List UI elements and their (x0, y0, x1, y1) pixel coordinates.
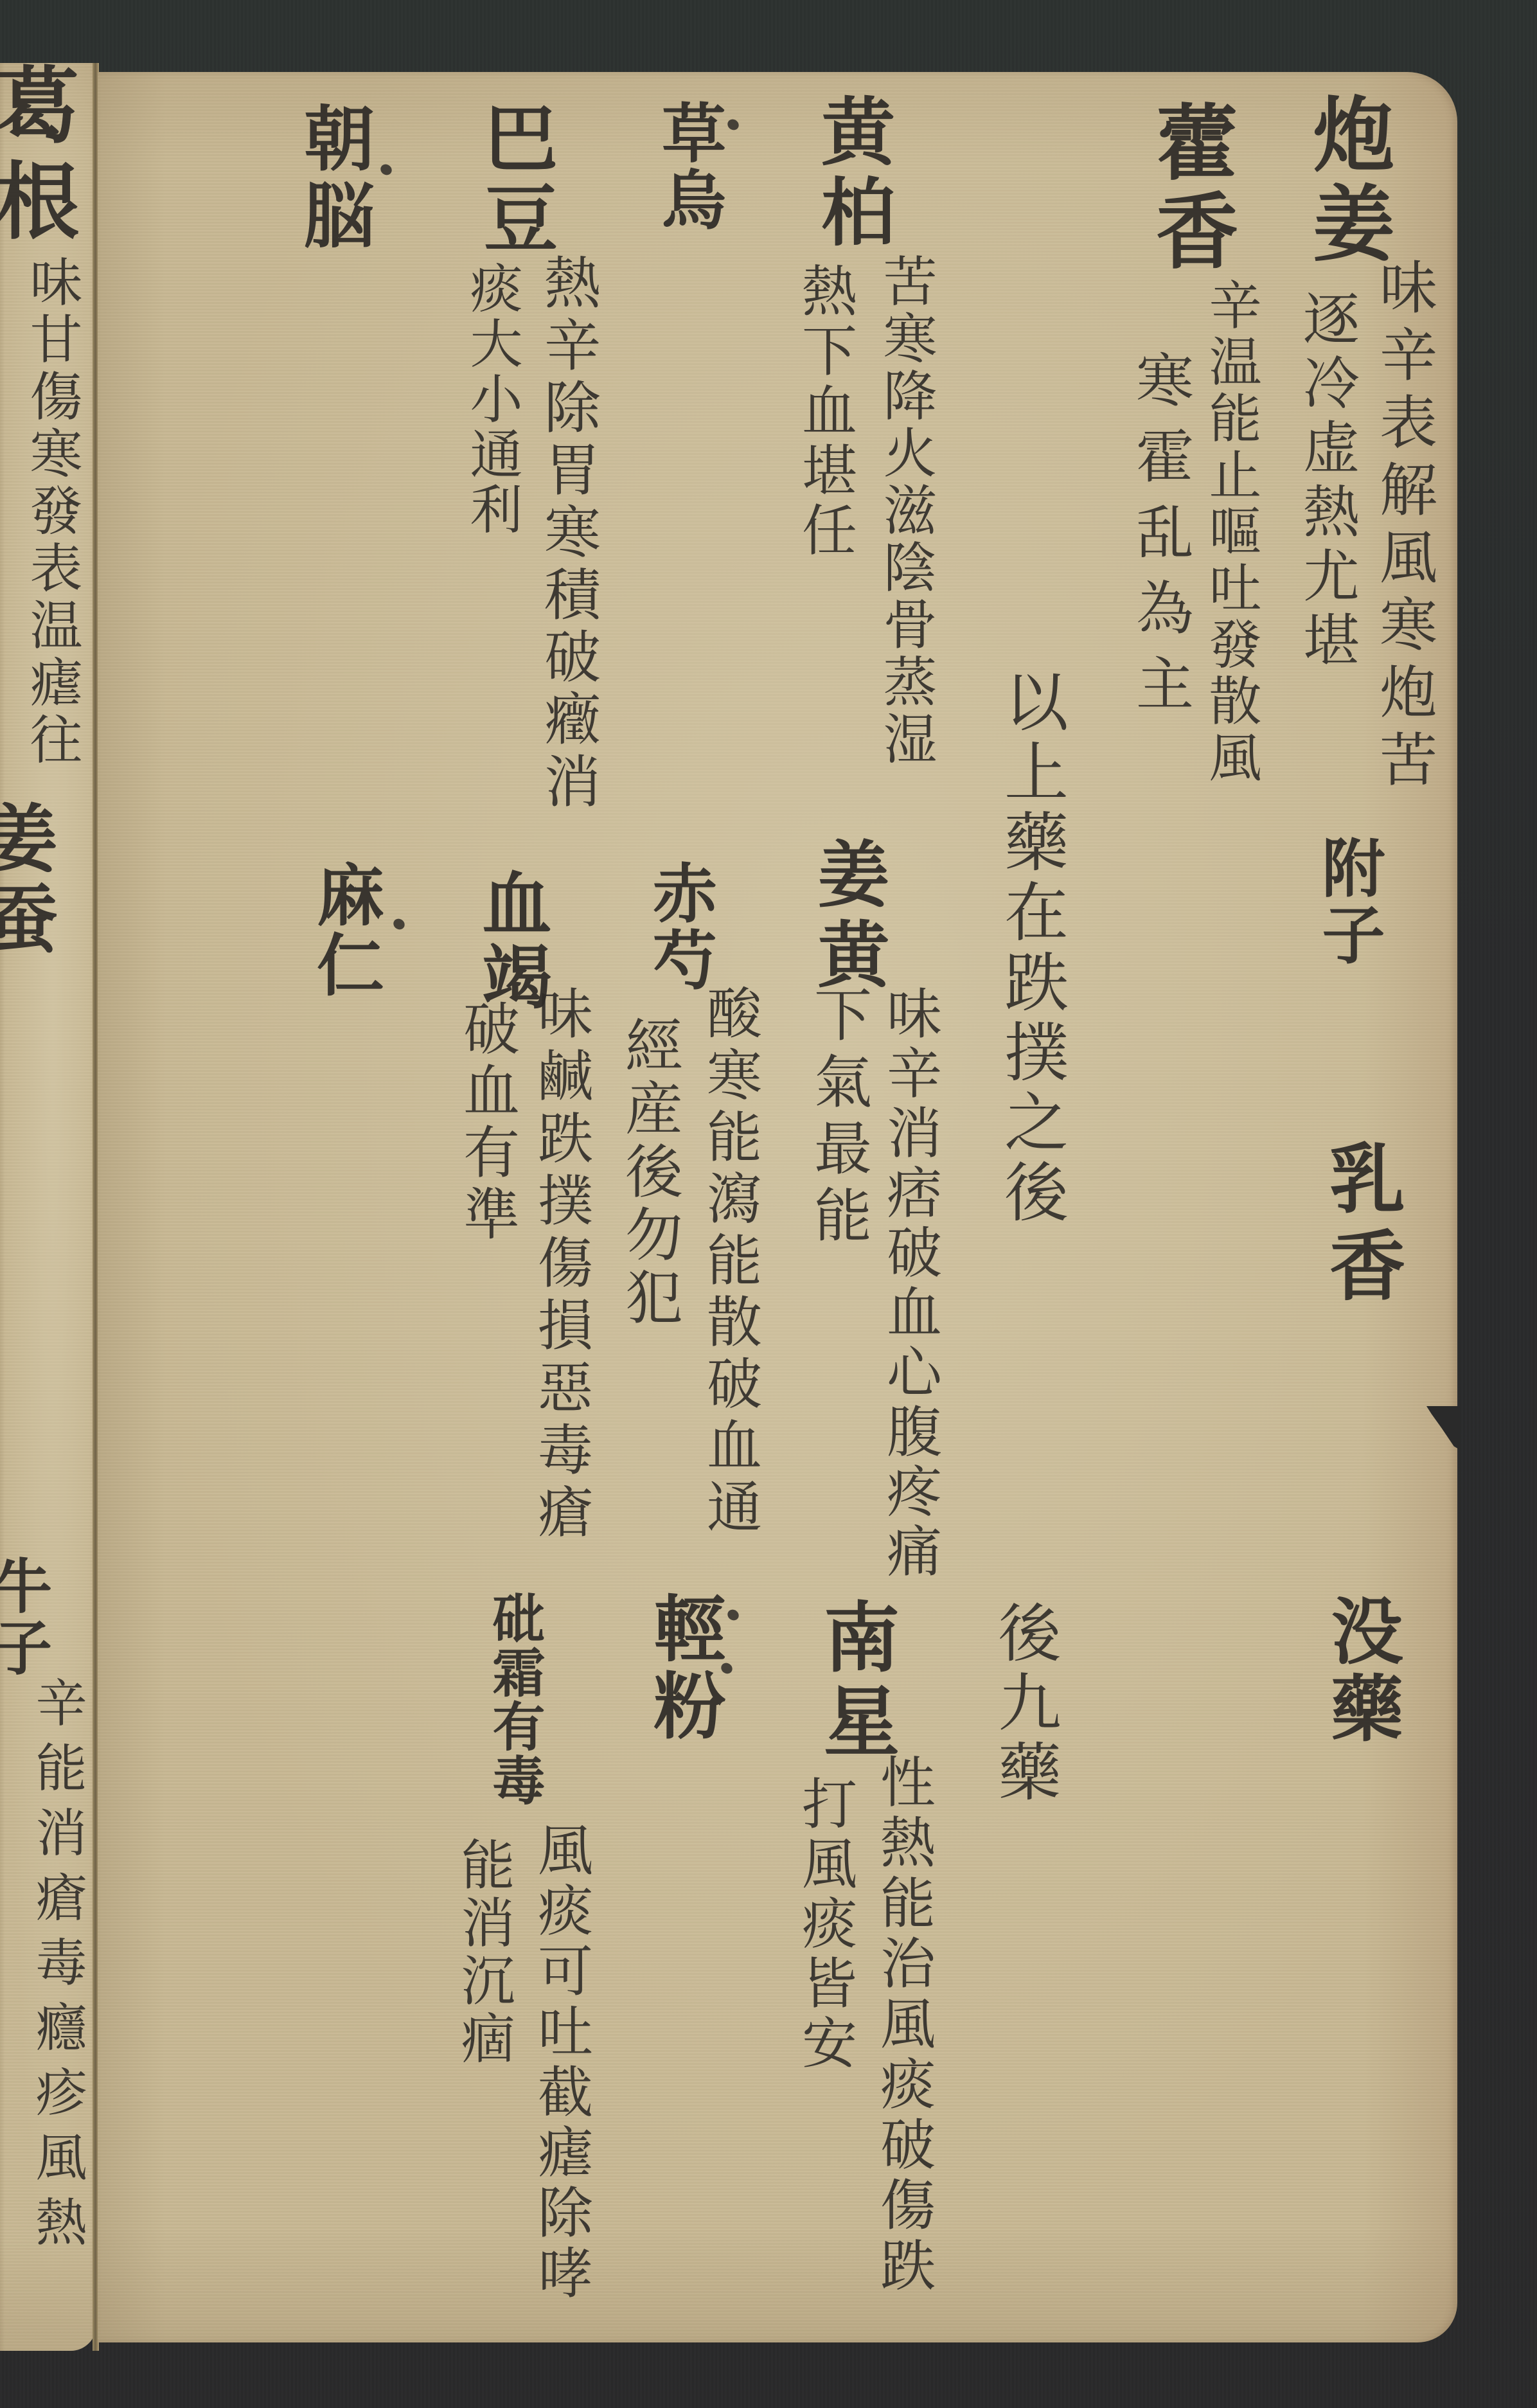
herb-note: 能消沉痼 (457, 1837, 511, 2068)
annotation-above-herbs: 以上藥在跌撲之後 (999, 668, 1063, 1229)
herb-name-qingfen: 輕粉 (648, 1591, 720, 1745)
herb-note: 味辛表解風寒炮苦 (1374, 257, 1432, 797)
herb-note: 下氣最能 (808, 985, 866, 1252)
herb-name-nanxing: 南星 (817, 1598, 893, 1766)
herb-name-paojiang: 炮姜 (1306, 92, 1388, 269)
herb-note: 風痰可吐截瘧除哮 (533, 1821, 588, 2305)
herb-name-badou: 巴豆 (477, 100, 551, 260)
herb-note: 打風痰皆安 (797, 1775, 852, 2074)
herb-note: 味甘傷寒發表温瘧往 (25, 254, 78, 769)
herb-note: 味辛消痞破血心腹疼痛 (882, 985, 937, 1582)
herb-name-huoxiang: 藿香 (1149, 100, 1231, 277)
herb-note: 熱下血堪任 (797, 262, 852, 561)
herb-note: 熱辛除胃寒積破癥消 (540, 253, 596, 814)
herb-name-jiangcan: 姜蚕 (0, 800, 51, 961)
herb-note: 經産後勿犯 (619, 1015, 677, 1330)
herb-name-jianghuang: 姜黄 (812, 837, 884, 997)
annotation-latter-herbs: 後九藥 (993, 1600, 1056, 1808)
herb-name-niuzi: 牛子 (0, 1555, 48, 1679)
herb-name-huangbai: 黄柏 (815, 93, 889, 254)
herb-name-fuzi: 附子 (1317, 835, 1380, 969)
herb-note: 寒霍乱為主 (1130, 350, 1188, 729)
herb-note: 性熱能治風痰破傷跌 (875, 1753, 930, 2297)
herb-name-ruxiang: 乳香 (1323, 1139, 1399, 1314)
herb-name-pishuang: 砒霜有毒 (488, 1591, 541, 1807)
herb-name-maren: 麻仁 (312, 860, 379, 1000)
herb-name-chaonao: 朝脳 (298, 102, 369, 256)
herb-note: 破血有準 (459, 999, 515, 1246)
herb-name-caowu: 草烏 (657, 100, 721, 233)
herb-name-moyao: 没藥 (1325, 1594, 1397, 1748)
herb-name-chishao: 赤芍 (648, 860, 712, 994)
herb-note: 辛能消瘡毒癮疹風熱 (31, 1676, 82, 2260)
herb-name-gegen: 葛根 (0, 62, 73, 253)
herb-note: 辛温能止嘔吐發散風 (1204, 278, 1257, 787)
herb-note: 苦寒降火滋陰骨蒸湿 (879, 253, 933, 768)
herb-note: 味鹹跌撲傷損惡毒瘡 (533, 985, 588, 1546)
herb-note: 酸寒能瀉能散破血通 (702, 985, 757, 1540)
herb-note: 痰大小通利 (465, 261, 518, 537)
herb-note: 逐冷虚熱尤堪 (1299, 289, 1355, 675)
